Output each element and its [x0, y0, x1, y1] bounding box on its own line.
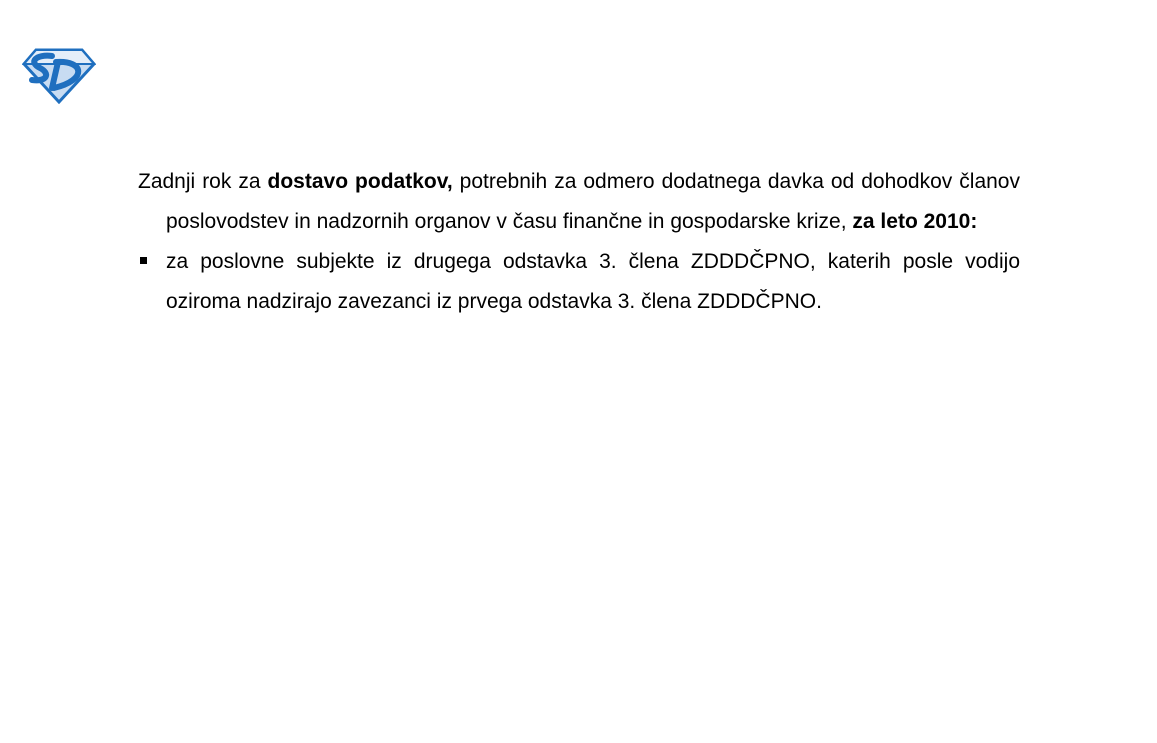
sd-logo-icon — [22, 48, 96, 104]
square-bullet-icon — [140, 257, 147, 264]
deadline-paragraph: Zadnji rok za dostavo podatkov, potrebni… — [138, 162, 1020, 242]
para-bold: dostavo podatkov, — [268, 170, 453, 193]
bullet-text: za poslovne subjekte iz drugega odstavka… — [166, 250, 1020, 313]
para-bold-year: za leto 2010: — [852, 210, 977, 233]
document-body: Zadnji rok za dostavo podatkov, potrebni… — [138, 162, 1020, 322]
para-text: Zadnji rok za — [138, 170, 268, 193]
sd-logo — [22, 48, 96, 104]
bullet-item: za poslovne subjekte iz drugega odstavka… — [138, 242, 1020, 322]
